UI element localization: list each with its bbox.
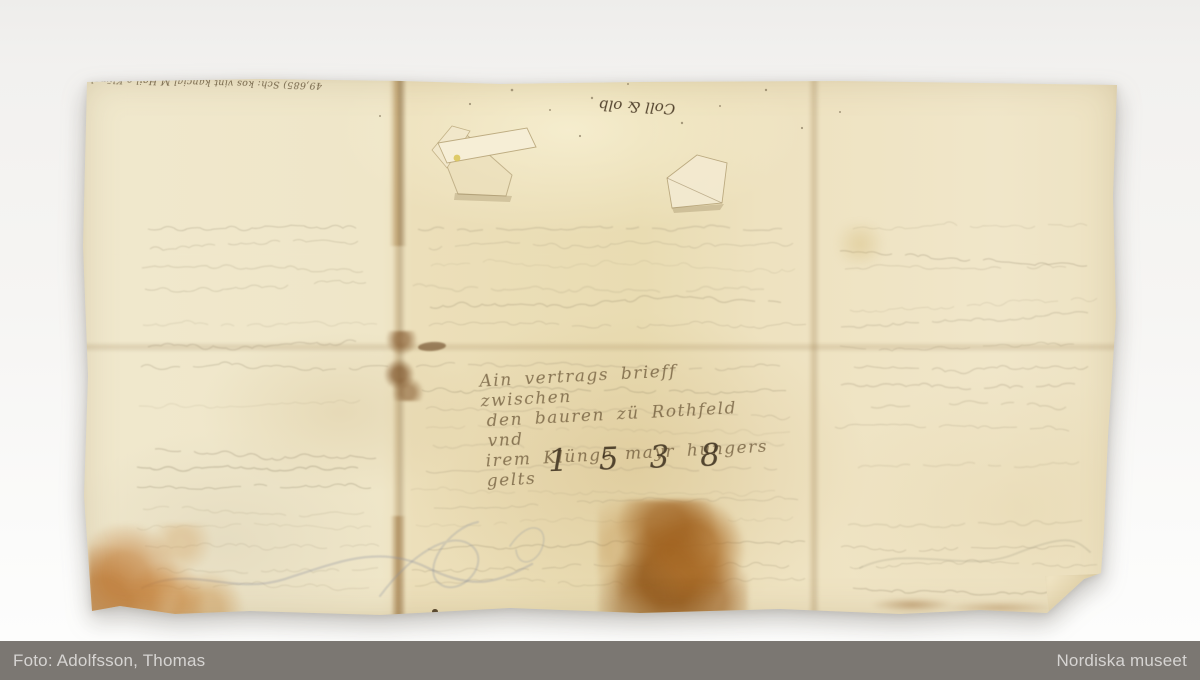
seal-left-wax-dot (454, 155, 461, 162)
photo-stage: 49,685) Sch: kos vint kancial M Heil e K… (0, 0, 1200, 680)
seal-right-packet (667, 155, 727, 208)
photo-credit: Foto: Adolfsson, Thomas (13, 651, 205, 671)
document-wrapper: 49,685) Sch: kos vint kancial M Heil e K… (80, 76, 1120, 618)
caption-bar: Foto: Adolfsson, Thomas Nordiska museet (0, 641, 1200, 680)
seal-remnants (80, 76, 1120, 618)
dust-specks (379, 83, 841, 137)
museum-name: Nordiska museet (1056, 651, 1187, 671)
parchment-document: 49,685) Sch: kos vint kancial M Heil e K… (80, 76, 1120, 618)
corner-fold (1042, 571, 1104, 615)
